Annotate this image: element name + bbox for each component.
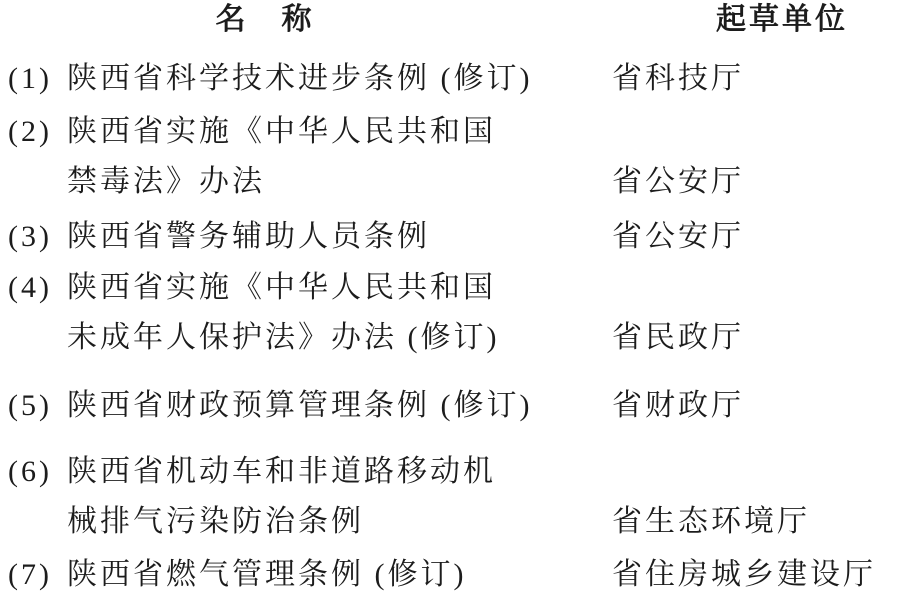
table-row-7: (7) 陕西省燃气管理条例 (修订) 省住房城乡建设厅 [0,550,900,600]
law-name-line: 陕西省财政预算管理条例 (修订) [67,381,612,431]
law-name-line: 陕西省燃气管理条例 (修订) [67,550,612,600]
row-number: (2) [0,107,67,207]
drafting-unit: 省公安厅 [612,157,900,207]
table-row-2: (2) 陕西省实施《中华人民共和国 禁毒法》办法 省公安厅 [0,107,900,207]
law-name-line: 陕西省警务辅助人员条例 [67,212,612,262]
drafting-unit: 省公安厅 [612,212,900,262]
law-name: 陕西省燃气管理条例 (修订) [67,550,612,600]
law-name-line: 陕西省实施《中华人民共和国 [67,107,612,157]
scanned-regulation-list: 名 称 起草单位 (1) 陕西省科学技术进步条例 (修订) 省科技厅 (2) 陕… [0,0,900,610]
table-row-1: (1) 陕西省科学技术进步条例 (修订) 省科技厅 [0,54,900,104]
row-number: (3) [0,212,67,262]
column-header-drafting-unit: 起草单位 [530,0,900,40]
law-name-line: 陕西省科学技术进步条例 (修订) [67,54,612,104]
table-row-3: (3) 陕西省警务辅助人员条例 省公安厅 [0,212,900,262]
drafting-unit: 省财政厅 [612,381,900,431]
drafting-unit: 省生态环境厅 [612,497,900,547]
law-name: 陕西省实施《中华人民共和国 未成年人保护法》办法 (修订) [67,263,612,363]
law-name: 陕西省警务辅助人员条例 [67,212,612,262]
row-number: (7) [0,550,67,600]
table-row-4: (4) 陕西省实施《中华人民共和国 未成年人保护法》办法 (修订) 省民政厅 [0,263,900,363]
drafting-unit: 省民政厅 [612,313,900,363]
row-number: (6) [0,447,67,547]
drafting-unit: 省住房城乡建设厅 [612,550,900,600]
drafting-unit: 省科技厅 [612,54,900,104]
law-name: 陕西省实施《中华人民共和国 禁毒法》办法 [67,107,612,207]
row-number: (4) [0,263,67,363]
table-row-5: (5) 陕西省财政预算管理条例 (修订) 省财政厅 [0,381,900,431]
law-name-line: 禁毒法》办法 [67,157,612,207]
law-name: 陕西省科学技术进步条例 (修订) [67,54,612,104]
law-name: 陕西省财政预算管理条例 (修订) [67,381,612,431]
law-name-line: 陕西省实施《中华人民共和国 [67,263,612,313]
row-number: (1) [0,54,67,104]
table-header-row: 名 称 起草单位 [0,0,900,40]
law-name: 陕西省机动车和非道路移动机 械排气污染防治条例 [67,447,612,547]
law-name-line: 械排气污染防治条例 [67,497,612,547]
law-name-line: 陕西省机动车和非道路移动机 [67,447,612,497]
row-number: (5) [0,381,67,431]
table-row-6: (6) 陕西省机动车和非道路移动机 械排气污染防治条例 省生态环境厅 [0,447,900,547]
column-header-name: 名 称 [0,0,530,40]
law-name-line: 未成年人保护法》办法 (修订) [67,313,612,363]
